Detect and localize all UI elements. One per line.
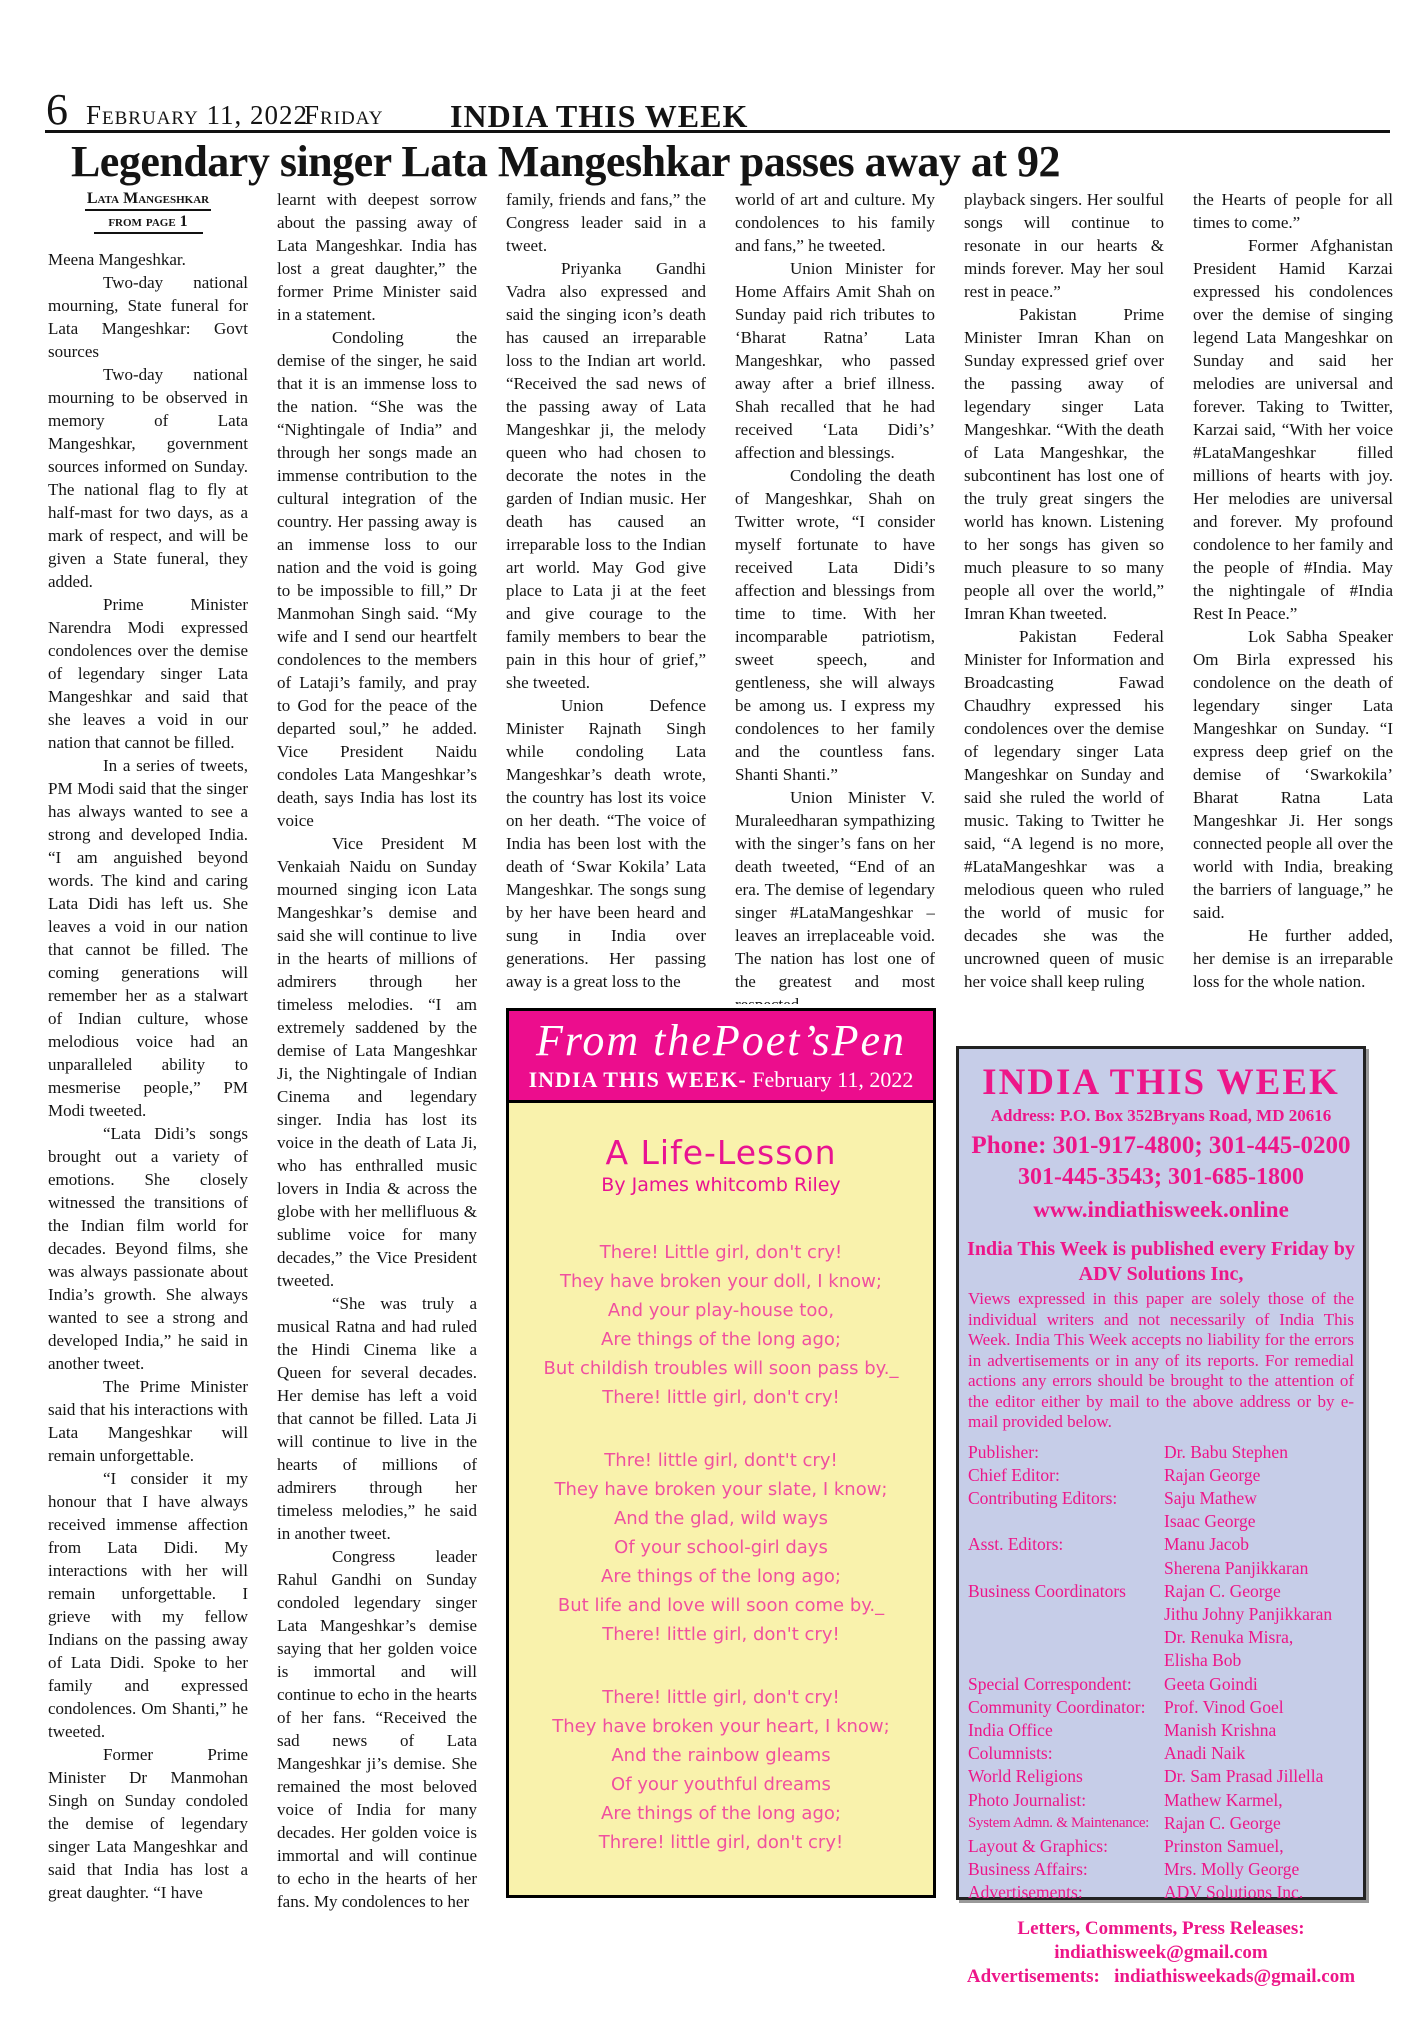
article-paragraph: Pakistan Federal Minister for Informatio… bbox=[964, 625, 1164, 993]
article-paragraph: Union Defence Minister Rajnath Singh whi… bbox=[506, 694, 706, 993]
article-paragraph: the Hearts of people for all times to co… bbox=[1193, 188, 1393, 234]
staff-row: Photo Journalist:Mathew Karmel, bbox=[968, 1789, 1363, 1812]
article-column-6: the Hearts of people for all times to co… bbox=[1193, 188, 1393, 1000]
staff-name: Rajan George bbox=[1164, 1464, 1260, 1487]
continued-title: Lata Mangeshkar bbox=[85, 188, 211, 211]
article-column-5: playback singers. Her soulful songs will… bbox=[964, 188, 1164, 1000]
poets-pen-header: From thePoet’sPen INDIA THIS WEEK- Febru… bbox=[509, 1011, 933, 1103]
staff-row: System Admn. & Maintenance:Rajan C. Geor… bbox=[968, 1812, 1363, 1835]
staff-role: India Office bbox=[968, 1719, 1164, 1742]
staff-role bbox=[968, 1649, 1164, 1672]
article-paragraph: Lok Sabha Speaker Om Birla expressed his… bbox=[1193, 625, 1393, 924]
staff-role: Business Coordinators bbox=[968, 1580, 1164, 1603]
staff-role: Contributing Editors: bbox=[968, 1487, 1164, 1510]
poem-line: And the rainbow gleams bbox=[509, 1741, 933, 1770]
info-disclaimer: Views expressed in this paper are solely… bbox=[959, 1289, 1363, 1433]
staff-row: Isaac George bbox=[968, 1510, 1363, 1533]
staff-name: Manu Jacob bbox=[1164, 1533, 1249, 1556]
staff-role: World Religions bbox=[968, 1765, 1164, 1788]
main-headline: Legendary singer Lata Mangeshkar passes … bbox=[48, 136, 1083, 187]
poem-line: There! little girl, don't cry! bbox=[509, 1683, 933, 1712]
poem-line: There! little girl, don't cry! bbox=[509, 1383, 933, 1412]
staff-role: Business Affairs: bbox=[968, 1858, 1164, 1881]
info-published-note: India This Week is published every Frida… bbox=[959, 1237, 1363, 1287]
poets-pen-subtitle-brand: INDIA THIS WEEK- bbox=[529, 1067, 747, 1092]
poem-line: Are things of the long ago; bbox=[509, 1562, 933, 1591]
article-paragraph: The Prime Minister said that his interac… bbox=[48, 1375, 248, 1467]
poem-line: They have broken your slate, I know; bbox=[509, 1475, 933, 1504]
issue-day: Friday bbox=[304, 100, 383, 131]
staff-role bbox=[968, 1603, 1164, 1626]
poem-line: Are things of the long ago; bbox=[509, 1325, 933, 1354]
article-column-2: learnt with deepest sorrow about the pas… bbox=[277, 188, 477, 1988]
staff-row: Asst. Editors:Manu Jacob bbox=[968, 1533, 1363, 1556]
ads-email: indiathisweekads@gmail.com bbox=[1114, 1966, 1355, 1987]
staff-row: Business CoordinatorsRajan C. George bbox=[968, 1580, 1363, 1603]
staff-name: Rajan C. George bbox=[1164, 1580, 1281, 1603]
newspaper-page: { "page": { "number": "6", "date": "Febr… bbox=[0, 0, 1428, 2028]
poem-line: There! Little girl, don't cry! bbox=[509, 1238, 933, 1267]
publisher-info-box: INDIA THIS WEEK Address: P.O. Box 352Bry… bbox=[956, 1046, 1366, 1900]
poem: A Life-Lesson By James whitcomb Riley Th… bbox=[509, 1133, 933, 1857]
poets-pen-subtitle-date: February 11, 2022 bbox=[747, 1067, 914, 1092]
staff-name: Dr. Babu Stephen bbox=[1164, 1441, 1288, 1464]
staff-row: Dr. Renuka Misra, bbox=[968, 1626, 1363, 1649]
poem-line: Threre! little girl, don't cry! bbox=[509, 1828, 933, 1857]
staff-role: Photo Journalist: bbox=[968, 1789, 1164, 1812]
article-paragraph: Congress leader Rahul Gandhi on Sunday c… bbox=[277, 1545, 477, 1913]
staff-name: Dr. Sam Prasad Jillella bbox=[1164, 1765, 1323, 1788]
staff-name: Jithu Johny Panjikkaran bbox=[1164, 1603, 1332, 1626]
article-paragraph: Condoling the demise of the singer, he s… bbox=[277, 326, 477, 832]
staff-name: Rajan C. George bbox=[1164, 1812, 1281, 1835]
poem-line: Are things of the long ago; bbox=[509, 1799, 933, 1828]
staff-row: Advertisements:ADV Solutions Inc. bbox=[968, 1881, 1363, 1904]
staff-name: Geeta Goindi bbox=[1164, 1673, 1258, 1696]
info-published-line1: India This Week is published every Frida… bbox=[959, 1237, 1363, 1262]
poem-line: Of your youthful dreams bbox=[509, 1770, 933, 1799]
staff-row: Columnists:Anadi Naik bbox=[968, 1742, 1363, 1765]
staff-name: Sherena Panjikkaran bbox=[1164, 1557, 1308, 1580]
poets-pen-box: From thePoet’sPen INDIA THIS WEEK- Febru… bbox=[506, 1008, 936, 1898]
article-paragraph: learnt with deepest sorrow about the pas… bbox=[277, 188, 477, 326]
staff-role bbox=[968, 1557, 1164, 1580]
staff-row: Business Affairs:Mrs. Molly George bbox=[968, 1858, 1363, 1881]
staff-row: World ReligionsDr. Sam Prasad Jillella bbox=[968, 1765, 1363, 1788]
staff-row: Sherena Panjikkaran bbox=[968, 1557, 1363, 1580]
poem-line: Thre! little girl, dont't cry! bbox=[509, 1446, 933, 1475]
article-paragraph: Two-day national mourning to be observed… bbox=[48, 363, 248, 593]
article-paragraph: playback singers. Her soulful songs will… bbox=[964, 188, 1164, 303]
staff-list: Publisher:Dr. Babu StephenChief Editor:R… bbox=[959, 1441, 1363, 1905]
header-rule bbox=[45, 130, 1390, 133]
letters-email: indiathisweek@gmail.com bbox=[959, 1941, 1363, 1965]
poem-stanza: Thre! little girl, dont't cry!They have … bbox=[509, 1446, 933, 1649]
article-paragraph: “She was truly a musical Ratna and had r… bbox=[277, 1292, 477, 1545]
continued-from-note: Lata Mangeshkar from page 1 bbox=[48, 188, 248, 234]
article-paragraph: Former Afghanistan President Hamid Karza… bbox=[1193, 234, 1393, 625]
staff-name: Prinston Samuel, bbox=[1164, 1835, 1284, 1858]
staff-role: Special Correspondent: bbox=[968, 1673, 1164, 1696]
article-paragraph: Meena Mangeshkar. bbox=[48, 248, 248, 271]
article-paragraph: Two-day national mourning, State funeral… bbox=[48, 271, 248, 363]
staff-name: Mathew Karmel, bbox=[1164, 1789, 1283, 1812]
poem-line: And the glad, wild ways bbox=[509, 1504, 933, 1533]
staff-name: ADV Solutions Inc. bbox=[1164, 1881, 1303, 1904]
article-paragraph: Condoling the death of Mangeshkar, Shah … bbox=[735, 464, 935, 786]
letters-label: Letters, Comments, Press Releases: bbox=[959, 1917, 1363, 1941]
ads-label: Advertisements: bbox=[967, 1966, 1100, 1987]
poem-stanzas: There! Little girl, don't cry!They have … bbox=[509, 1238, 933, 1857]
staff-name: Dr. Renuka Misra, bbox=[1164, 1626, 1293, 1649]
article-paragraph: In a series of tweets, PM Modi said that… bbox=[48, 754, 248, 1122]
poets-pen-title: From thePoet’sPen bbox=[509, 1015, 933, 1067]
staff-name: Anadi Naik bbox=[1164, 1742, 1245, 1765]
article-paragraph: “Lata Didi’s songs brought out a variety… bbox=[48, 1122, 248, 1375]
article-paragraph: Union Minister for Home Affairs Amit Sha… bbox=[735, 257, 935, 464]
contact-emails: Letters, Comments, Press Releases: india… bbox=[959, 1917, 1363, 1989]
poem-title: A Life-Lesson bbox=[509, 1133, 933, 1172]
staff-role: Columnists: bbox=[968, 1742, 1164, 1765]
page-number: 6 bbox=[46, 88, 68, 132]
issue-date: February 11, 2022 bbox=[86, 100, 308, 131]
staff-name: Saju Mathew bbox=[1164, 1487, 1257, 1510]
poem-stanza: There! Little girl, don't cry!They have … bbox=[509, 1238, 933, 1412]
poem-line: There! little girl, don't cry! bbox=[509, 1620, 933, 1649]
staff-role bbox=[968, 1626, 1164, 1649]
poem-line: But life and love will soon come by._ bbox=[509, 1591, 933, 1620]
staff-name: Manish Krishna bbox=[1164, 1719, 1276, 1742]
article-paragraph: Priyanka Gandhi Vadra also expressed and… bbox=[506, 257, 706, 694]
article-paragraph: “I consider it my honour that I have alw… bbox=[48, 1467, 248, 1743]
info-box-title: INDIA THIS WEEK bbox=[959, 1061, 1363, 1104]
staff-row: Contributing Editors:Saju Mathew bbox=[968, 1487, 1363, 1510]
staff-row: Layout & Graphics:Prinston Samuel, bbox=[968, 1835, 1363, 1858]
staff-row: Publisher:Dr. Babu Stephen bbox=[968, 1441, 1363, 1464]
staff-role: Asst. Editors: bbox=[968, 1533, 1164, 1556]
ads-email-line: Advertisements: indiathisweekads@gmail.c… bbox=[959, 1965, 1363, 1989]
article-paragraph: Former Prime Minister Dr Manmohan Singh … bbox=[48, 1743, 248, 1904]
poem-line: Of your school-girl days bbox=[509, 1533, 933, 1562]
staff-row: India OfficeManish Krishna bbox=[968, 1719, 1363, 1742]
article-paragraph: family, friends and fans,” the Congress … bbox=[506, 188, 706, 257]
article-paragraph: Pakistan Prime Minister Imran Khan on Su… bbox=[964, 303, 1164, 625]
staff-role: Advertisements: bbox=[968, 1881, 1164, 1904]
staff-role: Layout & Graphics: bbox=[968, 1835, 1164, 1858]
article-column-1: Lata Mangeshkar from page 1 Meena Manges… bbox=[48, 188, 248, 1988]
staff-role: Publisher: bbox=[968, 1441, 1164, 1464]
staff-row: Elisha Bob bbox=[968, 1649, 1363, 1672]
continued-page-ref: from page 1 bbox=[94, 211, 203, 234]
info-phone-line1: Phone: 301-917-4800; 301-445-0200 bbox=[959, 1132, 1363, 1160]
info-address: Address: P.O. Box 352Bryans Road, MD 206… bbox=[959, 1106, 1363, 1126]
article-paragraph: Prime Minister Narendra Modi expressed c… bbox=[48, 593, 248, 754]
article-column-3: family, friends and fans,” the Congress … bbox=[506, 188, 706, 1004]
article-paragraph: He further added, her demise is an irrep… bbox=[1193, 924, 1393, 993]
poets-pen-subtitle: INDIA THIS WEEK- February 11, 2022 bbox=[509, 1067, 933, 1093]
poem-byline: By James whitcomb Riley bbox=[509, 1174, 933, 1196]
staff-name: Isaac George bbox=[1164, 1510, 1256, 1533]
poem-stanza: There! little girl, don't cry!They have … bbox=[509, 1683, 933, 1857]
staff-name: Elisha Bob bbox=[1164, 1649, 1241, 1672]
staff-role bbox=[968, 1510, 1164, 1533]
info-phone-line2: 301-445-3543; 301-685-1800 bbox=[959, 1164, 1363, 1191]
staff-role: Chief Editor: bbox=[968, 1464, 1164, 1487]
poem-line: And your play-house too, bbox=[509, 1296, 933, 1325]
poem-line: They have broken your heart, I know; bbox=[509, 1712, 933, 1741]
poem-line: But childish troubles will soon pass by.… bbox=[509, 1354, 933, 1383]
staff-name: Prof. Vinod Goel bbox=[1164, 1696, 1284, 1719]
poem-line: They have broken your doll, I know; bbox=[509, 1267, 933, 1296]
staff-role: Community Coordinator: bbox=[968, 1696, 1164, 1719]
staff-row: Special Correspondent:Geeta Goindi bbox=[968, 1673, 1363, 1696]
article-paragraph: Vice President M Venkaiah Naidu on Sunda… bbox=[277, 832, 477, 1292]
staff-row: Chief Editor:Rajan George bbox=[968, 1464, 1363, 1487]
article-column-4: world of art and culture. My condolences… bbox=[735, 188, 935, 1004]
staff-name: Mrs. Molly George bbox=[1164, 1858, 1299, 1881]
article-paragraph: world of art and culture. My condolences… bbox=[735, 188, 935, 257]
info-website: www.indiathisweek.online bbox=[959, 1197, 1363, 1223]
staff-row: Jithu Johny Panjikkaran bbox=[968, 1603, 1363, 1626]
staff-role: System Admn. & Maintenance: bbox=[968, 1812, 1164, 1835]
article-paragraph: Union Minister V. Muraleedharan sympathi… bbox=[735, 786, 935, 1004]
info-published-line2: ADV Solutions Inc, bbox=[959, 1262, 1363, 1287]
staff-row: Community Coordinator:Prof. Vinod Goel bbox=[968, 1696, 1363, 1719]
